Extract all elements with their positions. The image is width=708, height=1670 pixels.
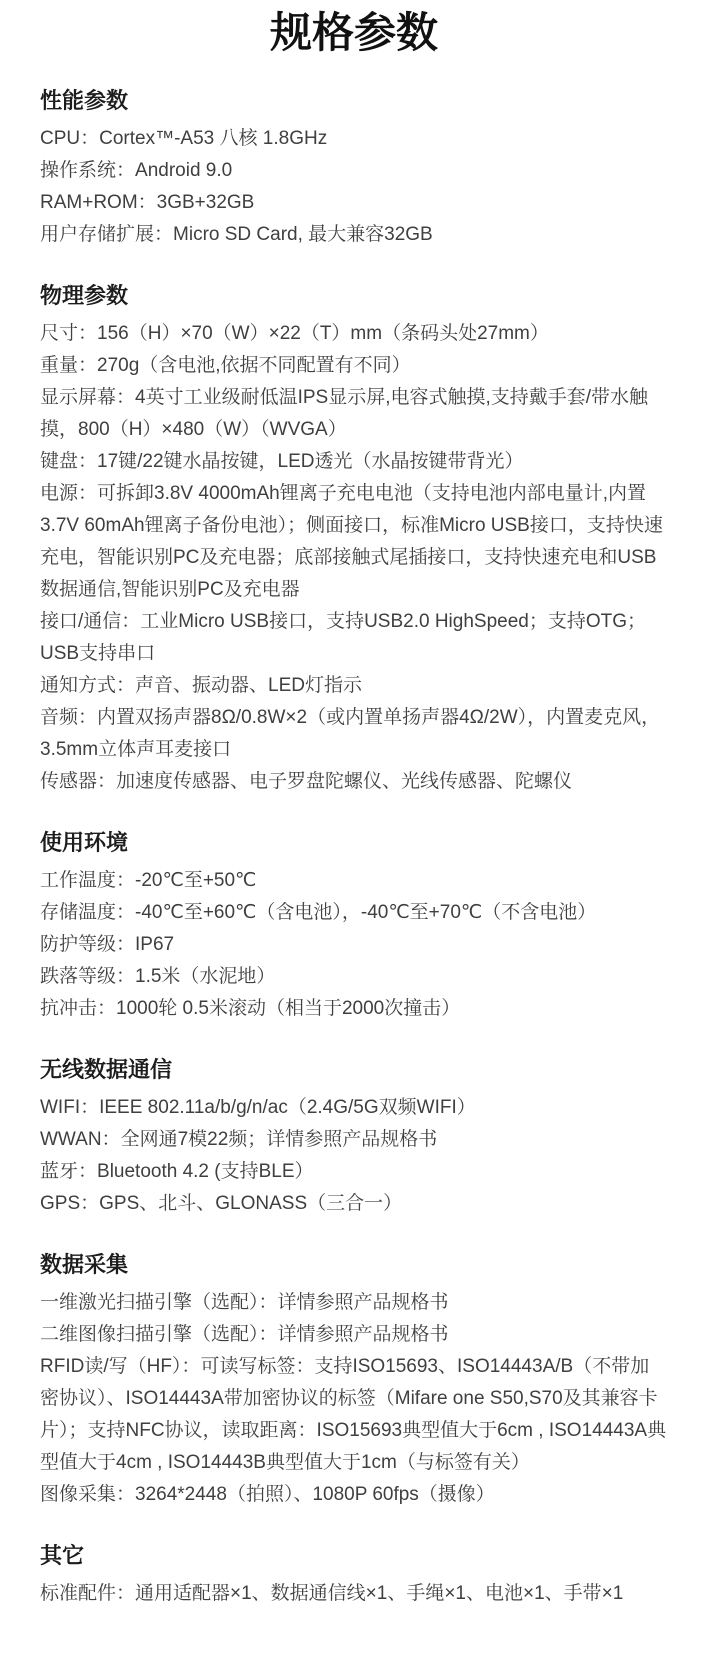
spec-item-label: 标准配件： — [40, 1583, 135, 1604]
spec-item: 标准配件：通用适配器×1、数据通信线×1、手绳×1、电池×1、手带×1 — [40, 1578, 668, 1610]
spec-item-label: WWAN： — [40, 1129, 121, 1150]
section-items: CPU：Cortex™-A53 八核 1.8GHz操作系统：Android 9.… — [40, 123, 668, 251]
spec-item: 接口/通信：工业Micro USB接口，支持USB2.0 HighSpeed；支… — [40, 606, 668, 670]
spec-item-label: 跌落等级： — [40, 966, 135, 987]
spec-item-value: 详情参照产品规格书 — [278, 1292, 449, 1313]
spec-item: 工作温度：-20℃至+50℃ — [40, 865, 668, 897]
spec-item-value: Cortex™-A53 八核 1.8GHz — [99, 128, 327, 149]
spec-item-value: IP67 — [135, 934, 174, 955]
spec-item: 重量：270g（含电池,依据不同配置有不同） — [40, 350, 668, 382]
section-heading: 无线数据通信 — [40, 1055, 668, 1085]
section-items: 一维激光扫描引擎（选配）：详情参照产品规格书二维图像扫描引擎（选配）：详情参照产… — [40, 1287, 668, 1511]
spec-item: 传感器：加速度传感器、电子罗盘陀螺仪、光线传感器、陀螺仪 — [40, 766, 668, 798]
spec-item: 跌落等级：1.5米（水泥地） — [40, 961, 668, 993]
spec-item-label: 音频： — [40, 707, 97, 728]
spec-section: 无线数据通信 WIFI：IEEE 802.11a/b/g/n/ac（2.4G/5… — [40, 1055, 668, 1220]
spec-item: RAM+ROM：3GB+32GB — [40, 187, 668, 219]
spec-item: CPU：Cortex™-A53 八核 1.8GHz — [40, 123, 668, 155]
spec-item-label: GPS： — [40, 1193, 99, 1214]
spec-item: WIFI：IEEE 802.11a/b/g/n/ac（2.4G/5G双频WIFI… — [40, 1092, 668, 1124]
spec-item: 电源：可拆卸3.8V 4000mAh锂离子充电电池（支持电池内部电量计,内置3.… — [40, 478, 668, 606]
spec-item-value: 可拆卸3.8V 4000mAh锂离子充电电池（支持电池内部电量计,内置3.7V … — [40, 483, 663, 600]
spec-item: 抗冲击：1000轮 0.5米滚动（相当于2000次撞击） — [40, 993, 668, 1025]
spec-item-value: 1000轮 0.5米滚动（相当于2000次撞击） — [116, 998, 460, 1019]
spec-item-value: IEEE 802.11a/b/g/n/ac（2.4G/5G双频WIFI） — [99, 1097, 476, 1118]
spec-item: 尺寸：156（H）×70（W）×22（T）mm（条码头处27mm） — [40, 318, 668, 350]
page-title: 规格参数 — [40, 10, 668, 56]
spec-item-value: 270g（含电池,依据不同配置有不同） — [97, 355, 411, 376]
spec-item: WWAN：全网通7模22频；详情参照产品规格书 — [40, 1124, 668, 1156]
spec-item: 用户存储扩展：Micro SD Card, 最大兼容32GB — [40, 219, 668, 251]
spec-item-value: 全网通7模22频；详情参照产品规格书 — [121, 1129, 438, 1150]
spec-item-label: 工作温度： — [40, 870, 135, 891]
spec-item-label: 用户存储扩展： — [40, 224, 173, 245]
spec-item-value: 156（H）×70（W）×22（T）mm（条码头处27mm） — [97, 323, 549, 344]
section-items: 尺寸：156（H）×70（W）×22（T）mm（条码头处27mm）重量：270g… — [40, 318, 668, 798]
spec-item-value: Micro SD Card, 最大兼容32GB — [173, 224, 433, 245]
spec-item: 存储温度：-40℃至+60℃（含电池），-40℃至+70℃（不含电池） — [40, 897, 668, 929]
spec-item: 键盘：17键/22键水晶按键，LED透光（水晶按键带背光） — [40, 446, 668, 478]
spec-item-label: 一维激光扫描引擎（选配）： — [40, 1292, 278, 1313]
spec-item-value: GPS、北斗、GLONASS（三合一） — [99, 1193, 402, 1214]
spec-item: 显示屏幕：4英寸工业级耐低温IPS显示屏,电容式触摸,支持戴手套/带水触摸，80… — [40, 382, 668, 446]
spec-item-value: 加速度传感器、电子罗盘陀螺仪、光线传感器、陀螺仪 — [116, 771, 572, 792]
spec-item-label: 图像采集： — [40, 1484, 135, 1505]
spec-item-value: 声音、振动器、LED灯指示 — [135, 675, 362, 696]
spec-item-label: 二维图像扫描引擎（选配）： — [40, 1324, 278, 1345]
spec-item-value: 3GB+32GB — [157, 192, 255, 213]
section-items: 标准配件：通用适配器×1、数据通信线×1、手绳×1、电池×1、手带×1 — [40, 1578, 668, 1610]
spec-item: 图像采集：3264*2448（拍照）、1080P 60fps（摄像） — [40, 1479, 668, 1511]
spec-item-value: -40℃至+60℃（含电池），-40℃至+70℃（不含电池） — [135, 902, 596, 923]
spec-item: 防护等级：IP67 — [40, 929, 668, 961]
section-heading: 物理参数 — [40, 281, 668, 311]
section-heading: 数据采集 — [40, 1250, 668, 1280]
section-items: WIFI：IEEE 802.11a/b/g/n/ac（2.4G/5G双频WIFI… — [40, 1092, 668, 1220]
spec-item-value: 1.5米（水泥地） — [135, 966, 275, 987]
spec-item-label: 存储温度： — [40, 902, 135, 923]
spec-item-label: 蓝牙： — [40, 1161, 97, 1182]
spec-item-label: 显示屏幕： — [40, 387, 135, 408]
spec-item-value: 内置双扬声器8Ω/0.8W×2（或内置单扬声器4Ω/2W），内置麦克风，3.5m… — [40, 707, 660, 760]
spec-item-label: 尺寸： — [40, 323, 97, 344]
section-heading: 其它 — [40, 1541, 668, 1571]
spec-item: 蓝牙：Bluetooth 4.2 (支持BLE） — [40, 1156, 668, 1188]
spec-item-label: 键盘： — [40, 451, 97, 472]
spec-item-label: 抗冲击： — [40, 998, 116, 1019]
spec-item-label: 接口/通信： — [40, 611, 140, 632]
spec-page: 规格参数 性能参数 CPU：Cortex™-A53 八核 1.8GHz操作系统：… — [0, 0, 708, 1670]
spec-section: 数据采集 一维激光扫描引擎（选配）：详情参照产品规格书二维图像扫描引擎（选配）：… — [40, 1250, 668, 1511]
spec-section: 使用环境 工作温度：-20℃至+50℃存储温度：-40℃至+60℃（含电池），-… — [40, 828, 668, 1025]
spec-item-label: 电源： — [40, 483, 97, 504]
section-heading: 性能参数 — [40, 86, 668, 116]
spec-item-value: 3264*2448（拍照）、1080P 60fps（摄像） — [135, 1484, 495, 1505]
spec-item: 二维图像扫描引擎（选配）：详情参照产品规格书 — [40, 1319, 668, 1351]
spec-item-label: 防护等级： — [40, 934, 135, 955]
spec-item: 音频：内置双扬声器8Ω/0.8W×2（或内置单扬声器4Ω/2W），内置麦克风，3… — [40, 702, 668, 766]
spec-item-value: -20℃至+50℃ — [135, 870, 256, 891]
spec-item-value: Bluetooth 4.2 (支持BLE） — [97, 1161, 314, 1182]
spec-item: GPS：GPS、北斗、GLONASS（三合一） — [40, 1188, 668, 1220]
spec-item-label: 传感器： — [40, 771, 116, 792]
spec-sections: 性能参数 CPU：Cortex™-A53 八核 1.8GHz操作系统：Andro… — [40, 86, 668, 1610]
spec-item: 通知方式：声音、振动器、LED灯指示 — [40, 670, 668, 702]
spec-item-value: 17键/22键水晶按键，LED透光（水晶按键带背光） — [97, 451, 524, 472]
spec-item-label: 重量： — [40, 355, 97, 376]
spec-section: 物理参数 尺寸：156（H）×70（W）×22（T）mm（条码头处27mm）重量… — [40, 281, 668, 798]
spec-item-value: 通用适配器×1、数据通信线×1、手绳×1、电池×1、手带×1 — [135, 1583, 623, 1604]
spec-item-label: WIFI： — [40, 1097, 99, 1118]
spec-item-value: 详情参照产品规格书 — [278, 1324, 449, 1345]
spec-item-label: 通知方式： — [40, 675, 135, 696]
spec-item-value: Android 9.0 — [135, 160, 232, 181]
spec-item-label: RFID读/写（HF）： — [40, 1356, 200, 1377]
spec-item-label: RAM+ROM： — [40, 192, 157, 213]
section-heading: 使用环境 — [40, 828, 668, 858]
spec-item: 一维激光扫描引擎（选配）：详情参照产品规格书 — [40, 1287, 668, 1319]
spec-item: 操作系统：Android 9.0 — [40, 155, 668, 187]
section-items: 工作温度：-20℃至+50℃存储温度：-40℃至+60℃（含电池），-40℃至+… — [40, 865, 668, 1025]
spec-section: 性能参数 CPU：Cortex™-A53 八核 1.8GHz操作系统：Andro… — [40, 86, 668, 251]
spec-item-label: 操作系统： — [40, 160, 135, 181]
spec-item: RFID读/写（HF）：可读写标签：支持ISO15693、ISO14443A/B… — [40, 1351, 668, 1479]
spec-item-label: CPU： — [40, 128, 99, 149]
